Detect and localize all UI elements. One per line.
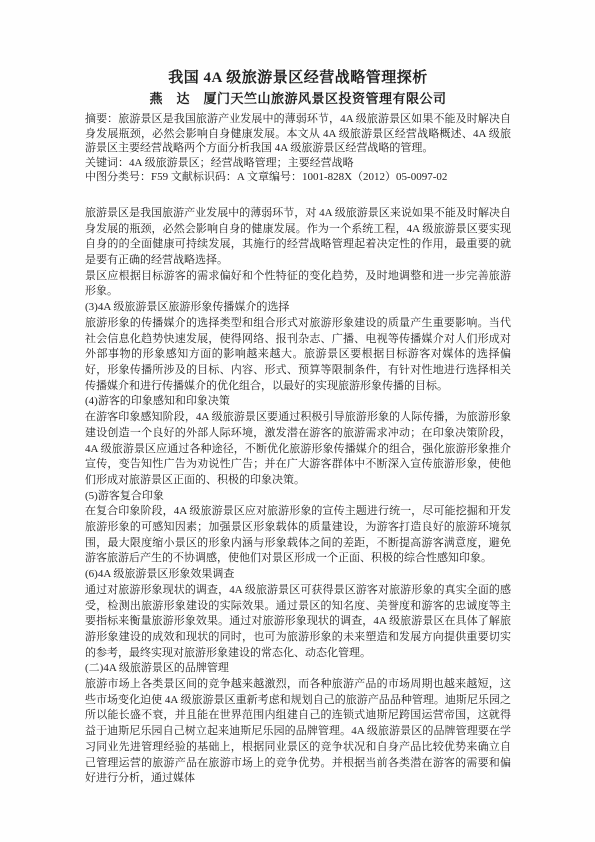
author-byline: 燕 达 厦门天竺山旅游风景区投资管理有限公司 (85, 91, 511, 106)
body-paragraph: 在游客印象感知阶段，4A 级旅游景区要通过积极引导旅游形象的人际传播，为旅游形象… (85, 410, 511, 489)
paper-title: 我国 4A 级旅游景区经营战略管理探析 (85, 70, 511, 87)
body-paragraph: 通过对旅游形象现状的调查，4A 级旅游景区可获得景区游客对旅游形象的真实全面的感… (85, 583, 511, 662)
article-body: 旅游景区是我国旅游产业发展中的薄弱环节，对 4A 级旅游景区来说如果不能及时解决… (85, 206, 511, 787)
body-paragraph: 旅游景区是我国旅游产业发展中的薄弱环节，对 4A 级旅游景区来说如果不能及时解决… (85, 206, 511, 269)
section-heading: (二)4A 级旅游景区的品牌管理 (85, 661, 511, 677)
abstract-text: 摘要：旅游景区是我国旅游产业发展中的薄弱环节，4A 级旅游景区如果不能及时解决自… (85, 112, 511, 156)
keywords-text: 关键词：4A 级旅游景区；经营战略管理；主要经营战略 (85, 156, 511, 171)
section-heading: (4)游客的印象感知和印象决策 (85, 394, 511, 410)
body-paragraph: 旅游市场上各类景区间的竞争越来越激烈，而各种旅游产品的市场周期也越来越短，这些市… (85, 677, 511, 787)
document-page: 我国 4A 级旅游景区经营战略管理探析 燕 达 厦门天竺山旅游风景区投资管理有限… (0, 0, 595, 842)
body-paragraph: 景区应根据目标游客的需求偏好和个性特征的变化趋势，及时地调整和进一步完善旅游形象… (85, 269, 511, 300)
body-paragraph: 在复合印象阶段，4A 级旅游景区应对旅游形象的宣传主题进行统一，尽可能挖掘和开发… (85, 504, 511, 567)
section-heading: (5)游客复合印象 (85, 489, 511, 505)
body-paragraph: 旅游形象的传播媒介的选择类型和组合形式对旅游形象建设的质量产生重要影响。当代社会… (85, 316, 511, 395)
classification-text: 中图分类号：F59 文献标识码：A 文章编号：1001-828X（2012）05… (85, 170, 511, 185)
paper-meta: 摘要：旅游景区是我国旅游产业发展中的薄弱环节，4A 级旅游景区如果不能及时解决自… (85, 112, 511, 185)
section-heading: (3)4A 级旅游景区旅游形象传播媒介的选择 (85, 300, 511, 316)
section-heading: (6)4A 级旅游景区形象效果调查 (85, 567, 511, 583)
